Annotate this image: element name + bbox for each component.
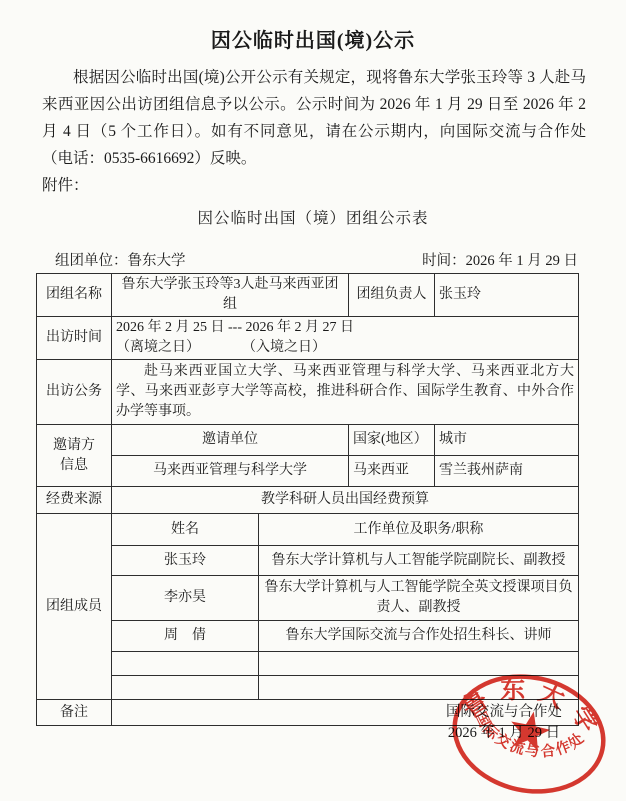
purpose-label: 出访公务 [37, 360, 112, 425]
organizing-unit-value: 鲁东大学 [128, 253, 186, 269]
funding-value: 教学科研人员出国经费预算 [112, 487, 579, 514]
leader-label: 团组负责人 [349, 274, 435, 317]
visit-time-dates: 2026 年 2 月 25 日 --- 2026 年 2 月 27 日 [116, 318, 574, 338]
organizing-unit: 组团单位：鲁东大学 [55, 249, 186, 270]
inviter-unit-value: 马来西亚管理与科学大学 [112, 456, 349, 487]
purpose-value: 赴马来西亚国立大学、马来西亚管理与科学大学、马来西亚北方大学、马来西亚彭亨大学等… [112, 360, 579, 425]
country-header: 国家(地区） [349, 425, 435, 456]
table-row: 马来西亚管理与科学大学 马来西亚 雪兰莪州萨南 [37, 456, 579, 487]
member-name [112, 676, 259, 700]
country-value: 马来西亚 [349, 456, 435, 487]
visit-time-value: 2026 年 2 月 25 日 --- 2026 年 2 月 27 日 （离境之… [112, 317, 579, 360]
member-title: 鲁东大学计算机与人工智能学院副院长、副教授 [259, 546, 579, 576]
signature-block: 国际交流与合作处 2026 年 1 月 29 日 [438, 702, 570, 744]
announcement-paragraph: 根据因公临时出国(境)公开公示有关规定，现将鲁东大学张玉玲等 3 人赴马来西亚因… [42, 64, 586, 172]
member-title [259, 652, 579, 676]
signature-org: 国际交流与合作处 [438, 702, 570, 723]
table-row: 出访公务 赴马来西亚国立大学、马来西亚管理与科学大学、马来西亚北方大学、马来西亚… [37, 360, 579, 425]
table-row: 团组成员 姓名 工作单位及职务/职称 [37, 514, 579, 546]
organizing-unit-label: 组团单位： [55, 253, 128, 269]
member-row-empty [37, 652, 579, 676]
member-name-header: 姓名 [112, 514, 259, 546]
attachment-label: 附件： [42, 172, 586, 199]
signature-date: 2026 年 1 月 29 日 [438, 723, 570, 744]
visit-time-notes: （离境之日） （入境之日） [116, 338, 574, 358]
member-row: 周 倩 鲁东大学国际交流与合作处招生科长、讲师 [37, 621, 579, 652]
members-label: 团组成员 [37, 514, 112, 700]
member-name: 张玉玲 [112, 546, 259, 576]
member-name: 周 倩 [112, 621, 259, 652]
city-header: 城市 [435, 425, 579, 456]
member-row: 李亦昊 鲁东大学计算机与人工智能学院全英文授课项目负责人、副教授 [37, 576, 579, 621]
visit-time-label: 出访时间 [37, 317, 112, 360]
publish-date-label: 时间： [422, 253, 466, 269]
member-name [112, 652, 259, 676]
leader-value: 张玉玲 [435, 274, 579, 317]
page-title: 因公临时出国(境)公示 [0, 0, 626, 53]
member-title: 鲁东大学计算机与人工智能学院全英文授课项目负责人、副教授 [259, 576, 579, 621]
inviter-unit-header: 邀请单位 [112, 425, 349, 456]
member-row: 张玉玲 鲁东大学计算机与人工智能学院副院长、副教授 [37, 546, 579, 576]
remarks-label: 备注 [37, 700, 112, 726]
table-row: 经费来源 教学科研人员出国经费预算 [37, 487, 579, 514]
table-row: 出访时间 2026 年 2 月 25 日 --- 2026 年 2 月 27 日… [37, 317, 579, 360]
table-row: 邀请方 信息 邀请单位 国家(地区） 城市 [37, 425, 579, 456]
funding-label: 经费来源 [37, 487, 112, 514]
document-page: 因公临时出国(境)公示 根据因公临时出国(境)公开公示有关规定，现将鲁东大学张玉… [0, 0, 626, 801]
group-name-label: 团组名称 [37, 274, 112, 317]
publish-date-value: 2026 年 1 月 29 日 [466, 253, 578, 269]
group-name-value: 鲁东大学张玉玲等3人赴马来西亚团组 [112, 274, 349, 317]
member-title-header: 工作单位及职务/职称 [259, 514, 579, 546]
table-row: 团组名称 鲁东大学张玉玲等3人赴马来西亚团组 团组负责人 张玉玲 [37, 274, 579, 317]
publish-date: 时间：2026 年 1 月 29 日 [422, 249, 578, 270]
meta-row: 组团单位：鲁东大学 时间：2026 年 1 月 29 日 [55, 249, 578, 270]
inviter-label: 邀请方 信息 [37, 425, 112, 487]
delegation-table: 团组名称 鲁东大学张玉玲等3人赴马来西亚团组 团组负责人 张玉玲 出访时间 20… [36, 273, 579, 726]
member-row-empty [37, 676, 579, 700]
table-title: 因公临时出国（境）团组公示表 [0, 206, 626, 228]
member-title: 鲁东大学国际交流与合作处招生科长、讲师 [259, 621, 579, 652]
city-value: 雪兰莪州萨南 [435, 456, 579, 487]
member-title [259, 676, 579, 700]
member-name: 李亦昊 [112, 576, 259, 621]
